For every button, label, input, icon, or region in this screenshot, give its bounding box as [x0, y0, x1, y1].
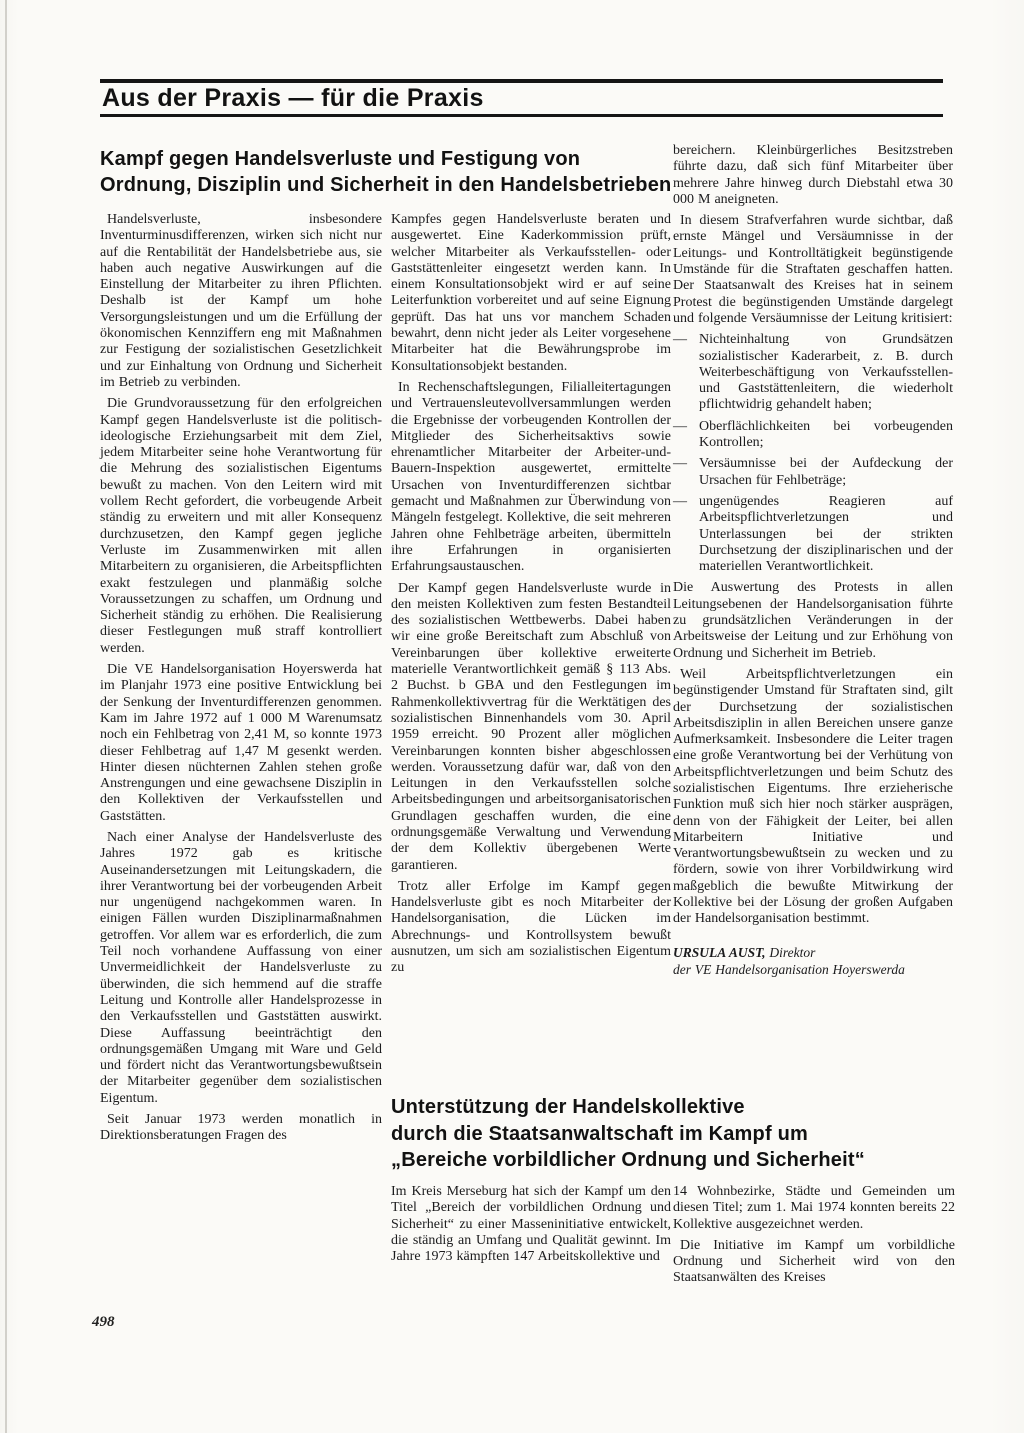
body-paragraph: Nach einer Analyse der Handelsverluste d…: [100, 830, 382, 1107]
author-title: Direktor: [769, 945, 815, 960]
body-paragraph: Die VE Handelsorganisation Hoyerswerda h…: [100, 662, 382, 825]
body-paragraph: Der Kampf gegen Handelsverluste wurde in…: [391, 581, 671, 874]
body-paragraph: In Rechenschaftslegungen, Filialleiterta…: [391, 380, 671, 576]
author-name: URSULA AUST,: [673, 945, 766, 960]
bullet-dash: —: [673, 456, 699, 489]
bullet-text: Oberflächlichkeiten bei vorbeugenden Kon…: [699, 419, 953, 452]
body-paragraph: bereichern. Kleinbürgerliches Besitzstre…: [673, 143, 953, 208]
banner-rule-bottom: [100, 114, 943, 117]
body-paragraph: Kampfes gegen Handelsverluste beraten un…: [391, 212, 671, 375]
body-paragraph: Im Kreis Merseburg hat sich der Kampf um…: [391, 1184, 671, 1265]
bullet-text: ungenügendes Reagieren auf Arbeitspflich…: [699, 494, 953, 575]
bullet-text: Nichteinhaltung von Grundsätzen sozialis…: [699, 332, 953, 413]
bullet-item: — Nichteinhaltung von Grundsätzen sozial…: [673, 332, 953, 413]
body-paragraph: Weil Arbeitspflichtverletzungen ein begü…: [673, 667, 953, 928]
bullet-dash: —: [673, 332, 699, 413]
scan-edge-line: [5, 0, 7, 1433]
article1-title-line2: Ordnung, Disziplin und Sicherheit in den…: [100, 174, 671, 196]
article2-column-1: Im Kreis Merseburg hat sich der Kampf um…: [391, 1184, 671, 1270]
body-paragraph: In diesem Strafverfahren wurde sichtbar,…: [673, 213, 953, 327]
article1-column-3: bereichern. Kleinbürgerliches Besitzstre…: [673, 143, 953, 978]
body-paragraph: Die Initiative im Kampf um vorbildliche …: [673, 1238, 955, 1287]
bullet-item: — Oberflächlichkeiten bei vorbeugenden K…: [673, 419, 953, 452]
article2-title: Unterstützung der Handelskollektive durc…: [391, 1094, 961, 1174]
bullet-dash: —: [673, 494, 699, 575]
article1-column-2: Kampfes gegen Handelsverluste beraten un…: [391, 212, 671, 982]
journal-page: Aus der Praxis — für die Praxis Kampf ge…: [0, 0, 1024, 1433]
body-paragraph: 14 Wohnbezirke, Städte und Gemeinden um …: [673, 1184, 955, 1233]
article1-title-line1: Kampf gegen Handelsverluste und Festigun…: [100, 148, 580, 170]
body-paragraph: Trotz aller Erfolge im Kampf gegen Hande…: [391, 879, 671, 977]
article1-title: Kampf gegen Handelsverluste und Festigun…: [100, 146, 720, 198]
author-signature: URSULA AUST, Direktor der VE Handelsorga…: [673, 944, 953, 978]
author-organization: der VE Handelsorganisation Hoyerswerda: [673, 961, 953, 978]
article2-title-line1: Unterstützung der Handelskollektive: [391, 1096, 745, 1118]
bullet-item: — Versäumnisse bei der Aufdeckung der Ur…: [673, 456, 953, 489]
bullet-text: Versäumnisse bei der Aufdeckung der Ursa…: [699, 456, 953, 489]
article1-column-1: Handelsverluste, insbesondere Inventurmi…: [100, 212, 382, 1150]
article2-title-line2: durch die Staatsanwaltschaft im Kampf um: [391, 1123, 808, 1145]
section-banner-title: Aus der Praxis — für die Praxis: [102, 83, 802, 113]
page-number: 498: [92, 1314, 115, 1331]
body-paragraph: Seit Januar 1973 werden monatlich in Dir…: [100, 1112, 382, 1145]
body-paragraph: Die Auswertung des Protests in allen Lei…: [673, 580, 953, 661]
article2-column-2: 14 Wohnbezirke, Städte und Gemeinden um …: [673, 1184, 955, 1292]
article2-title-line3: „Bereiche vorbildlicher Ordnung und Sich…: [391, 1149, 865, 1171]
bullet-item: — ungenügendes Reagieren auf Arbeitspfli…: [673, 494, 953, 575]
body-paragraph: Handelsverluste, insbesondere Inventurmi…: [100, 212, 382, 391]
body-paragraph: Die Grundvoraussetzung für den erfolgrei…: [100, 396, 382, 657]
bullet-dash: —: [673, 419, 699, 452]
